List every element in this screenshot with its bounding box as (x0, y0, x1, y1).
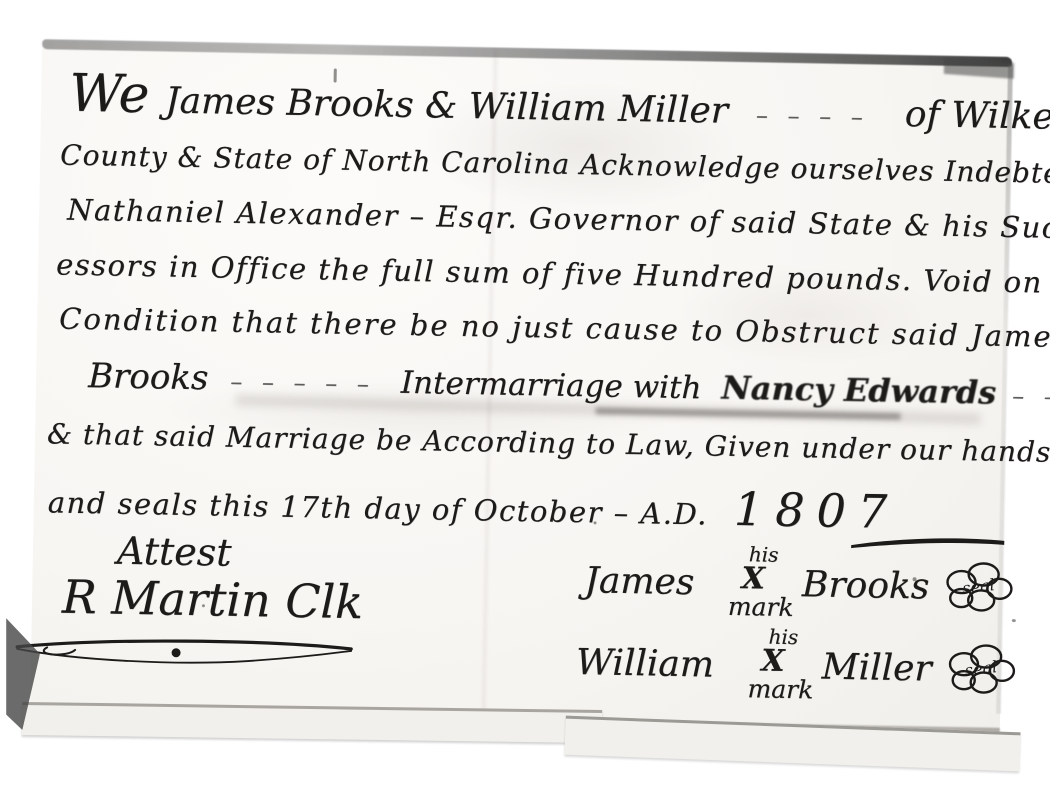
intermarriage-phrase: Intermarriage with (400, 365, 701, 407)
bride-name: Nancy Edwards (721, 369, 996, 412)
date-line: and seals this 17th day of October – A.D… (47, 469, 899, 539)
principal-names: James Brooks & William Miller (165, 80, 729, 131)
attest-label: Attest (117, 529, 232, 575)
folded-under-sheet-left (22, 702, 602, 743)
mark-label: mark (747, 674, 813, 704)
dash-filler: – – – – (756, 101, 869, 131)
signature-james-brooks: James his X mark Brooks seal (584, 543, 1018, 625)
signer-surname: Miller (821, 646, 932, 689)
date-text: and seals this 17th day of October – A.D… (48, 485, 709, 531)
x-mark-column: his X mark (731, 624, 814, 704)
clerk-signature: R Martin Clk (62, 570, 364, 630)
x-mark: X (741, 566, 765, 592)
deed-opening-line: We James Brooks & William Miller – – – –… (69, 64, 1050, 142)
groom-surname: Brooks (88, 356, 209, 398)
deed-body-line: essors in Office the full sum of five Hu… (56, 247, 1043, 299)
scanned-marriage-bond: We James Brooks & William Miller – – – –… (0, 0, 1050, 790)
seal-icon: seal (939, 558, 1018, 617)
county-reference: of Wilkes (904, 94, 1050, 138)
seal-icon: seal (941, 640, 1020, 699)
paper-top-edge (42, 39, 1012, 67)
opening-word: We (69, 64, 150, 125)
deed-body-line: Condition that there be no just cause to… (59, 302, 1050, 355)
dash-filler: – – – (1012, 382, 1050, 411)
deed-body-line: County & State of North Carolina Acknowl… (60, 139, 1050, 192)
signer-given-name: William (576, 642, 715, 686)
signer-surname: Brooks (802, 564, 930, 607)
year-value: 1807 (734, 482, 900, 539)
signature-flourish (13, 633, 359, 673)
mark-label: mark (728, 591, 794, 621)
x-mark-column: his X mark (712, 542, 795, 622)
dash-filler: – – – – – (230, 368, 375, 399)
deed-closing-line: & that said Marriage be According to Law… (47, 417, 1050, 468)
signer-given-name: James (584, 560, 695, 603)
x-mark: X (761, 648, 785, 674)
deed-body-line: Nathaniel Alexander – Esqr. Governor of … (67, 193, 1050, 245)
signature-william-miller: William his X mark Miller seal (575, 625, 1020, 708)
paper-sheet: We James Brooks & William Miller – – – –… (30, 41, 1012, 735)
